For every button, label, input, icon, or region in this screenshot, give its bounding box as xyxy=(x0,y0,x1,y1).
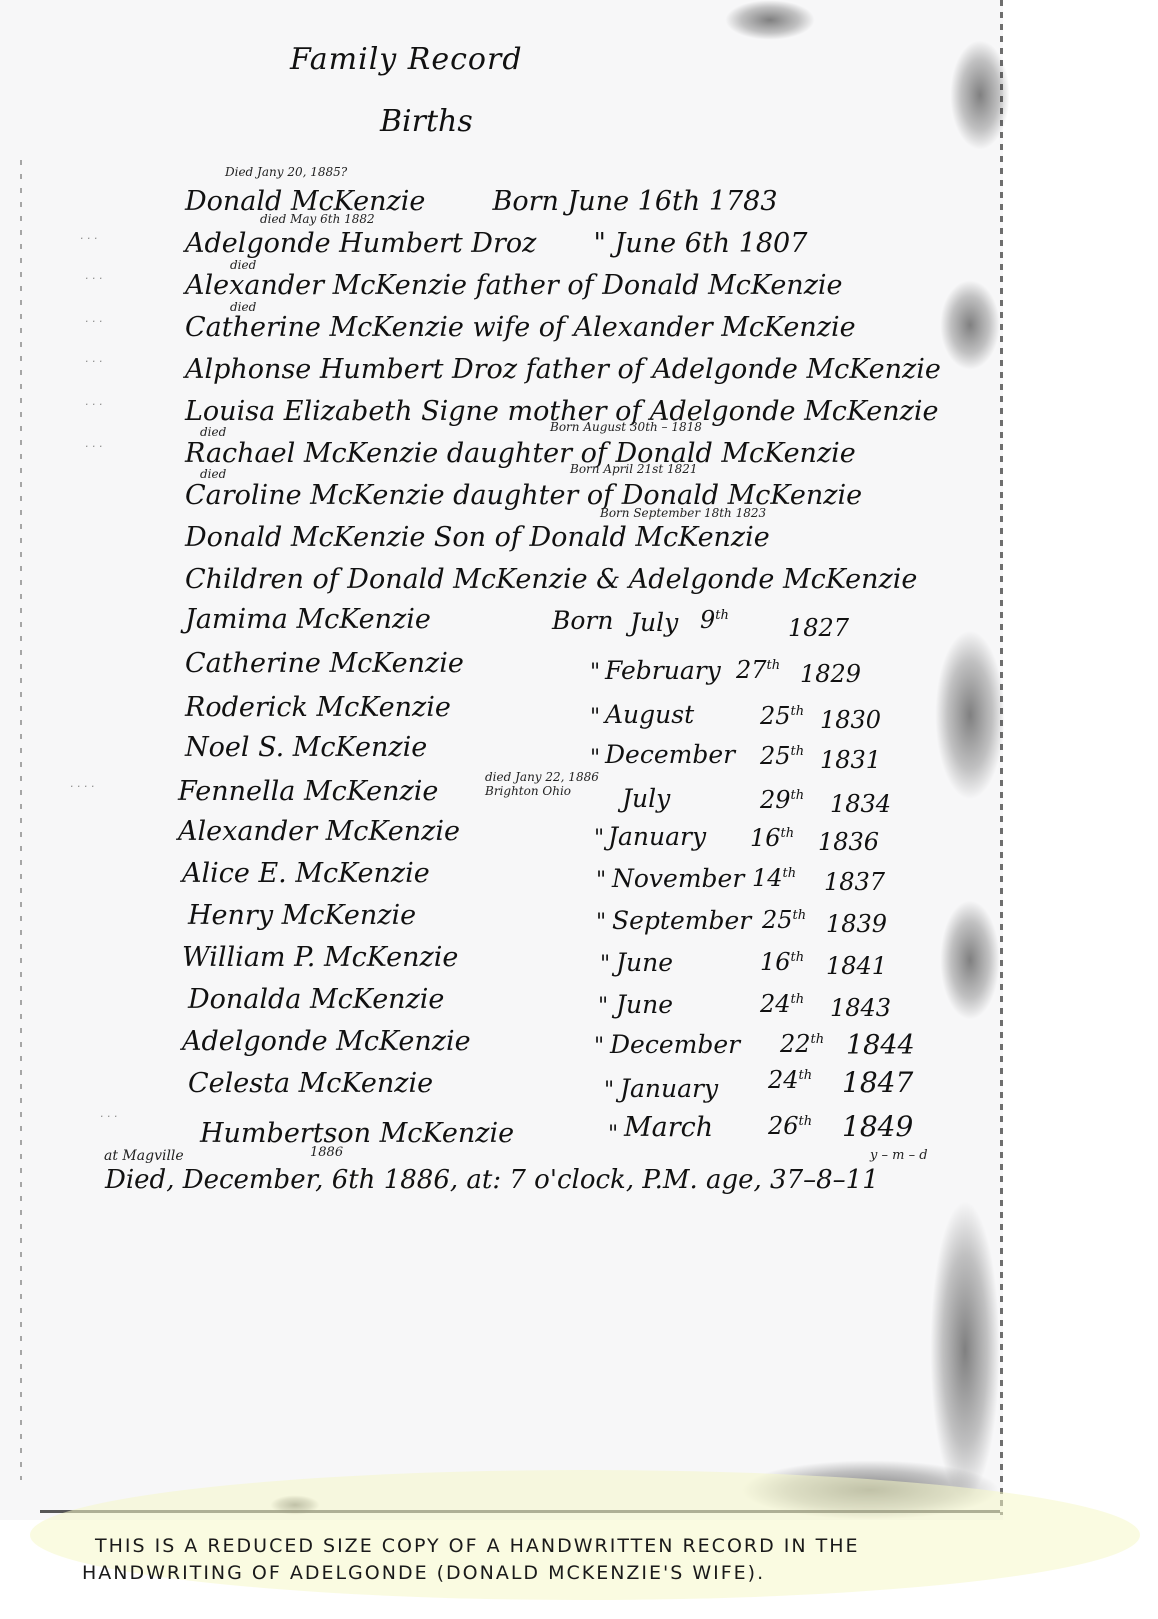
child-name: Henry McKenzie xyxy=(188,900,416,931)
birth-day: 25th xyxy=(760,742,804,770)
ditto-mark: " xyxy=(598,994,608,1019)
born-note: Born September 18th 1823 xyxy=(600,506,766,520)
entry-relation: father of Adelgonde McKenzie xyxy=(526,354,941,385)
entry-annotation: died xyxy=(200,425,226,439)
entry-name: Louisa Elizabeth Signe xyxy=(185,396,499,427)
birth-year: 1829 xyxy=(800,660,861,688)
death-record: Died, December, 6th 1886, at: 7 o'clock,… xyxy=(105,1165,879,1195)
birth-month: December xyxy=(610,1030,740,1059)
birth-year: 1827 xyxy=(788,614,849,642)
toner-smudge xyxy=(950,40,1010,150)
death-year-note: 1886 xyxy=(310,1145,343,1160)
margin-mark: · · · xyxy=(85,315,102,328)
margin-mark: · · · xyxy=(100,1110,117,1123)
ditto-mark: " xyxy=(604,1078,614,1103)
born-label: Born xyxy=(552,606,613,635)
ditto-mark: " xyxy=(596,910,606,935)
child-name: Roderick McKenzie xyxy=(185,692,451,723)
margin-mark: · · · xyxy=(85,398,102,411)
birth-year: 1847 xyxy=(842,1066,913,1099)
child-name: Celesta McKenzie xyxy=(188,1068,433,1099)
entry-relation: " June 6th 1807 xyxy=(594,228,808,259)
birth-year: 1830 xyxy=(820,706,881,734)
birth-year: 1841 xyxy=(826,952,887,980)
birth-year: 1839 xyxy=(826,910,887,938)
header-entry: Adelgonde Humbert Droz " June 6th 1807 xyxy=(185,230,985,257)
header-entry: Caroline McKenzie daughter of Donald McK… xyxy=(185,482,985,509)
entry-annotation: Died Jany 20, 1885? xyxy=(225,165,347,179)
margin-mark: · · · xyxy=(85,355,102,368)
entry-name: Donald McKenzie xyxy=(185,522,425,553)
birth-day: 22th xyxy=(780,1030,824,1058)
born-note: Born August 30th – 1818 xyxy=(550,420,702,434)
document-subtitle: Births xyxy=(380,104,473,139)
born-note: Born April 21st 1821 xyxy=(570,462,698,476)
margin-mark: · · · · xyxy=(70,780,94,793)
child-name: Alexander McKenzie xyxy=(178,816,460,847)
child-name: Catherine McKenzie xyxy=(185,648,464,679)
birth-month: June xyxy=(616,948,673,977)
age-units-note: y – m – d xyxy=(870,1148,928,1163)
header-entry: Donald McKenzie Son of Donald McKenzie xyxy=(185,524,985,551)
ditto-mark: " xyxy=(596,868,606,893)
birth-day: 29th xyxy=(760,786,804,814)
ditto-mark: " xyxy=(590,705,600,730)
entry-relation: father of Donald McKenzie xyxy=(476,270,843,301)
child-name: William P. McKenzie xyxy=(182,942,458,973)
birth-year: 1836 xyxy=(818,828,879,856)
document-title: Family Record xyxy=(290,42,523,77)
birth-year: 1843 xyxy=(830,994,891,1022)
birth-day: 26th xyxy=(768,1112,812,1140)
toner-smudge xyxy=(935,630,1005,800)
toner-smudge xyxy=(940,900,1000,1020)
birth-day: 24th xyxy=(760,990,804,1018)
header-entry: Alphonse Humbert Droz father of Adelgond… xyxy=(185,356,985,383)
birth-month: February xyxy=(605,656,721,685)
birth-month: January xyxy=(608,822,706,851)
ditto-mark: " xyxy=(600,952,610,977)
entry-annotation: died xyxy=(200,467,226,481)
child-name: Donalda McKenzie xyxy=(188,984,444,1015)
header-entry: Donald McKenzie Born June 16th 1783 xyxy=(185,188,985,215)
death-place-note: at Magville xyxy=(104,1148,184,1164)
ditto-mark: " xyxy=(608,1122,618,1147)
entry-name: Alexander McKenzie xyxy=(185,270,467,301)
margin-mark: · · · xyxy=(85,272,102,285)
toner-smudge xyxy=(930,1200,1000,1500)
birth-year: 1849 xyxy=(842,1110,913,1143)
child-name: Fennella McKenzie xyxy=(178,776,438,807)
birth-day: 25th xyxy=(760,702,804,730)
birth-year: 1831 xyxy=(820,746,881,774)
entry-name: Caroline McKenzie xyxy=(185,480,445,511)
birth-month: June xyxy=(616,990,673,1019)
birth-month: December xyxy=(605,740,735,769)
entry-name: Alphonse Humbert Droz xyxy=(185,354,517,385)
birth-day: 16th xyxy=(760,948,804,976)
birth-day: 25th xyxy=(762,906,806,934)
birth-month: July xyxy=(630,608,678,637)
birth-month: January xyxy=(620,1074,718,1103)
entry-relation: Son of Donald McKenzie xyxy=(434,522,770,553)
entry-name: Rachael McKenzie xyxy=(185,438,438,469)
child-name: Alice E. McKenzie xyxy=(182,858,430,889)
birth-day: 24th xyxy=(768,1066,812,1094)
margin-mark: · · · xyxy=(85,440,102,453)
birth-day: 16th xyxy=(750,824,794,852)
birth-month: August xyxy=(605,700,694,729)
header-entry: Alexander McKenzie father of Donald McKe… xyxy=(185,272,985,299)
birth-year: 1837 xyxy=(824,868,885,896)
birth-month: March xyxy=(624,1112,713,1143)
birth-day: 27th xyxy=(736,656,780,684)
death-annotation: died Jany 22, 1886 Brighton Ohio xyxy=(485,770,615,798)
entry-annotation: died May 6th 1882 xyxy=(260,212,375,226)
caption-line-2: HANDWRITING OF ADELGONDE (DONALD MCKENZI… xyxy=(82,1562,765,1584)
caption-line-1: THIS IS A REDUCED SIZE COPY OF A HANDWRI… xyxy=(95,1535,860,1557)
birth-month: November xyxy=(612,864,744,893)
birth-day: 14th xyxy=(752,864,796,892)
child-name: Humbertson McKenzie xyxy=(200,1118,514,1149)
ditto-mark: " xyxy=(590,746,600,771)
entry-name: Catherine McKenzie xyxy=(185,312,464,343)
birth-day: 9th xyxy=(700,606,729,634)
entry-name: Adelgonde Humbert Droz xyxy=(185,228,536,259)
child-name: Adelgonde McKenzie xyxy=(182,1026,471,1057)
header-entry: Catherine McKenzie wife of Alexander McK… xyxy=(185,314,985,341)
child-name: Jamima McKenzie xyxy=(185,604,431,635)
entry-relation: Born June 16th 1783 xyxy=(493,186,778,217)
child-name: Noel S. McKenzie xyxy=(185,732,427,763)
entry-relation: wife of Alexander McKenzie xyxy=(472,312,855,343)
birth-month: July xyxy=(622,784,670,813)
birth-year: 1834 xyxy=(830,790,891,818)
ditto-mark: " xyxy=(594,1034,604,1059)
birth-year: 1844 xyxy=(846,1030,915,1061)
ditto-mark: " xyxy=(590,660,600,685)
toner-smudge xyxy=(725,0,815,40)
page-left-edge xyxy=(20,160,22,1480)
birth-month: September xyxy=(612,906,751,935)
children-heading: Children of Donald McKenzie & Adelgonde … xyxy=(185,566,985,593)
ditto-mark: " xyxy=(594,826,604,851)
margin-mark: · · · xyxy=(80,232,97,245)
